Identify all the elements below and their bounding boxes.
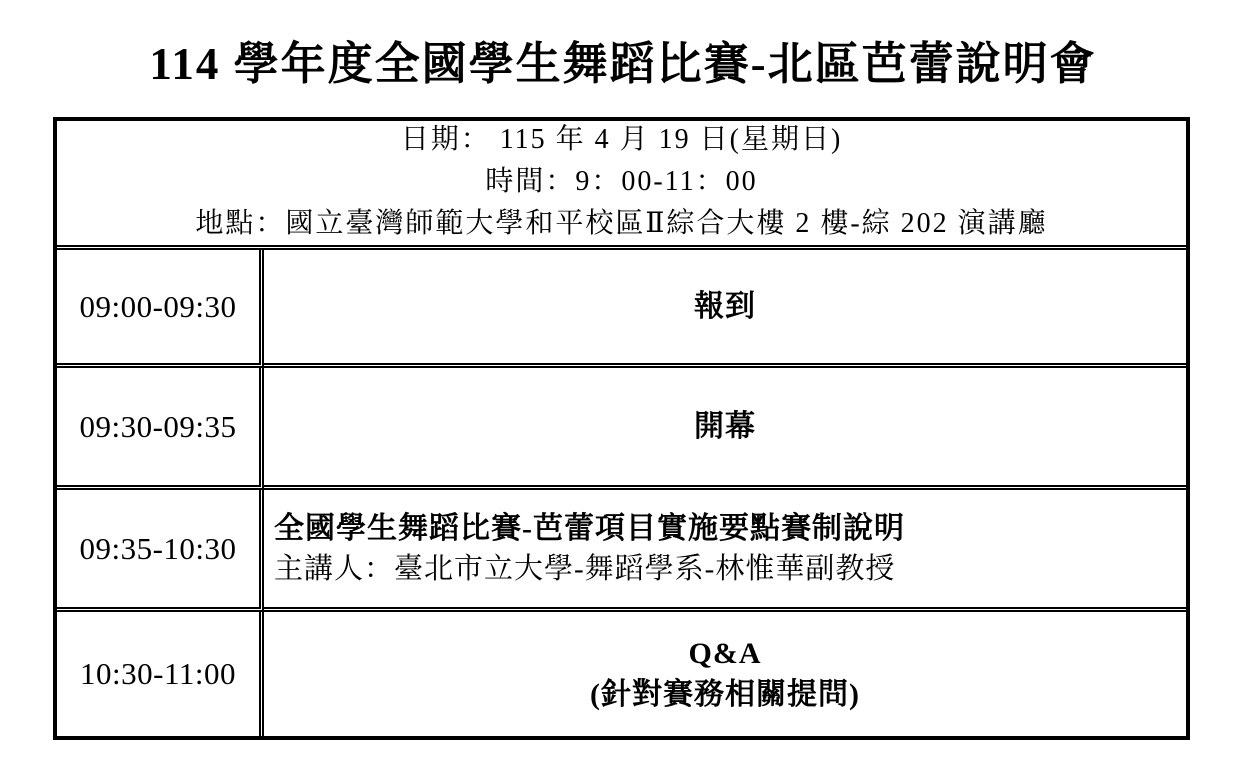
activity-title-1: 報到 bbox=[694, 286, 756, 327]
agenda-document: 114 學年度全國學生舞蹈比賽-北區芭蕾說明會 日期： 115 年 4 月 19… bbox=[0, 0, 1246, 770]
activity-title-2: 開幕 bbox=[694, 406, 756, 447]
event-location-line: 地點：國立臺灣師範大學和平校區Ⅱ綜合大樓 2 樓-綜 202 演講廳 bbox=[195, 203, 1047, 245]
activity-speaker-3: 主講人：臺北市立大學-舞蹈學系-林惟華副教授 bbox=[274, 549, 895, 590]
activity-title-3: 全國學生舞蹈比賽-芭蕾項目實施要點賽制說明 bbox=[274, 508, 905, 549]
time-slot-4: 10:30-11:00 bbox=[57, 612, 264, 736]
time-slot-2: 09:30-09:35 bbox=[57, 368, 264, 490]
activity-title-4: Q&A bbox=[689, 633, 762, 674]
event-time-line: 時間：9：00-11：00 bbox=[485, 161, 757, 203]
page-title: 114 學年度全國學生舞蹈比賽-北區芭蕾說明會 bbox=[0, 34, 1246, 94]
time-slot-3: 09:35-10:30 bbox=[57, 490, 264, 612]
event-date-line: 日期： 115 年 4 月 19 日(星期日) bbox=[401, 121, 843, 161]
activity-note-4: (針對賽務相關提問) bbox=[590, 674, 860, 715]
schedule-row-1-content: 報到 bbox=[264, 250, 1186, 368]
schedule-row-4-content: Q&A (針對賽務相關提問) bbox=[264, 612, 1186, 736]
schedule-row-2-content: 開幕 bbox=[264, 368, 1186, 490]
time-slot-1: 09:00-09:30 bbox=[57, 250, 264, 368]
schedule-table: 日期： 115 年 4 月 19 日(星期日) 時間：9：00-11：00 地點… bbox=[53, 117, 1190, 740]
event-info-cell: 日期： 115 年 4 月 19 日(星期日) 時間：9：00-11：00 地點… bbox=[57, 121, 1186, 250]
schedule-row-3-content: 全國學生舞蹈比賽-芭蕾項目實施要點賽制說明 主講人：臺北市立大學-舞蹈學系-林惟… bbox=[264, 490, 1186, 612]
